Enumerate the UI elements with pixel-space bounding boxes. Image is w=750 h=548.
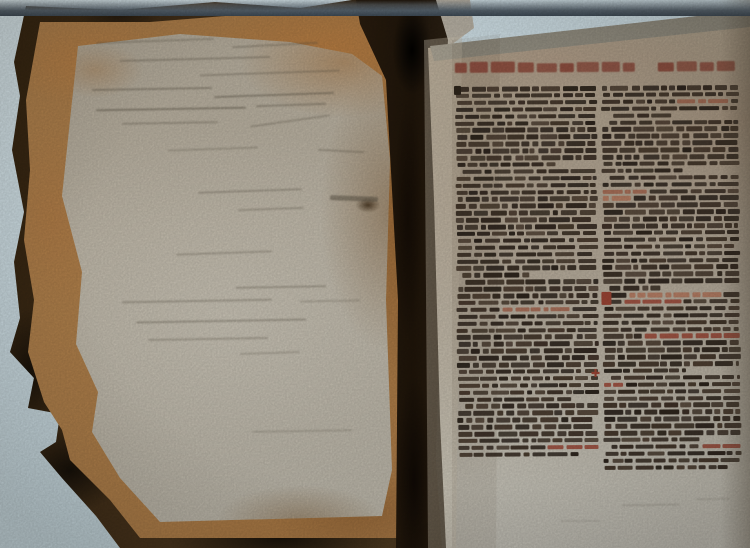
text-line [458,355,598,361]
word-mark [602,203,613,208]
word-mark [718,92,724,97]
word-mark [731,430,740,435]
word-mark [604,396,614,401]
word-mark [664,403,677,408]
word-mark [661,354,681,359]
word-mark [484,287,501,292]
word-mark [648,355,659,360]
word-mark [458,239,471,244]
word-mark [683,209,695,214]
word-mark [530,445,545,450]
text-line [459,397,571,402]
word-mark [604,272,623,277]
word-mark [474,452,484,457]
word-mark [531,355,542,360]
word-mark [483,183,492,188]
word-mark [512,418,520,423]
word-mark [472,128,490,133]
text-line [604,389,740,395]
word-mark [659,217,668,222]
word-mark [693,147,710,152]
word-mark [649,258,666,263]
handwriting-layer [0,0,750,548]
text-line [604,416,740,422]
word-mark [577,410,598,415]
word-mark [649,272,661,277]
word-mark [611,376,621,381]
word-mark [649,196,656,201]
word-mark [706,396,721,401]
word-mark [477,232,490,237]
word-mark [685,244,691,249]
word-mark [681,334,692,339]
word-mark [542,397,555,402]
word-mark [663,251,683,256]
word-mark [643,155,660,160]
word-mark [684,361,690,366]
word-mark [663,320,673,325]
word-mark [625,410,631,415]
word-mark [682,134,690,139]
word-mark [561,404,574,409]
word-mark [568,293,573,298]
word-mark [603,231,611,236]
word-mark [721,458,740,463]
word-mark [507,266,519,271]
word-mark [633,368,653,373]
word-mark [484,273,503,278]
word-mark [707,451,725,456]
word-mark [694,299,707,304]
word-mark [659,334,679,339]
word-mark [482,363,496,368]
text-line [603,278,739,284]
word-mark [706,237,727,242]
text-line [455,120,595,126]
text-line [603,340,739,346]
word-mark [632,320,650,325]
word-mark [475,418,485,423]
word-mark [648,237,656,242]
word-mark [456,94,470,99]
word-mark [700,354,716,359]
word-mark [525,286,533,291]
word-mark [659,196,678,201]
word-mark [709,313,722,318]
word-mark [633,155,639,160]
word-mark [650,327,669,332]
word-mark [493,397,502,402]
word-mark [508,135,524,140]
text-line [457,100,597,106]
word-mark [459,314,478,319]
heading-word [700,62,714,72]
word-mark [661,147,680,152]
word-mark [499,252,513,257]
word-mark [528,328,546,333]
word-mark [522,149,528,154]
word-mark [661,223,668,228]
handwriting-mark [176,250,272,256]
word-mark [583,231,597,236]
word-mark [680,403,690,408]
handwriting-mark [240,351,300,355]
word-mark [531,93,552,98]
word-mark [576,107,582,112]
word-mark [518,245,528,250]
word-mark [519,211,528,216]
word-mark [604,162,613,167]
word-mark [469,190,478,195]
text-line [457,348,597,354]
word-mark [636,230,652,235]
word-mark [566,203,587,208]
word-mark [669,189,688,194]
word-mark [644,182,653,187]
word-mark [651,403,661,408]
word-mark [499,363,508,368]
text-line [457,417,597,423]
word-mark [659,92,669,97]
heading-word [677,61,697,72]
word-mark [494,94,500,99]
word-mark [503,93,512,98]
word-mark [567,265,576,270]
text-line [603,126,739,132]
word-mark [604,244,622,249]
word-mark [480,114,489,119]
word-mark [455,114,463,119]
word-mark [504,335,523,340]
word-mark [563,93,573,98]
word-mark [671,437,677,442]
word-mark [592,293,598,298]
word-mark [583,155,596,160]
word-mark [465,280,485,285]
word-mark [572,121,583,126]
word-mark [499,314,509,319]
text-line [456,93,596,99]
text-line [605,451,741,457]
word-mark [473,342,478,347]
word-mark [711,333,721,338]
word-mark [637,134,650,139]
word-mark [480,259,499,264]
text-line [458,300,598,306]
text-line [601,168,683,173]
word-mark [517,328,525,333]
word-mark [603,148,618,153]
word-mark [702,389,721,394]
word-mark [604,410,623,415]
word-mark [473,390,488,395]
word-mark [472,328,488,333]
word-mark [726,92,739,97]
word-mark [662,154,670,159]
word-mark [628,175,639,180]
word-mark [458,197,463,202]
word-mark [673,327,685,332]
text-line [458,410,598,416]
word-mark [465,404,473,409]
word-mark [713,147,726,152]
word-mark [515,121,528,126]
word-mark [457,328,469,333]
word-mark [538,204,554,209]
word-mark [518,411,530,416]
word-mark [652,134,660,139]
word-mark [538,300,543,305]
word-mark [624,375,645,380]
word-mark [519,431,538,436]
word-mark [715,85,727,90]
word-mark [640,161,655,166]
word-mark [572,196,587,201]
word-mark [587,127,596,132]
word-mark [573,307,597,312]
text-line [604,409,740,415]
word-mark [656,382,667,387]
word-mark [724,120,732,125]
word-mark [522,321,533,326]
word-mark [710,299,727,304]
word-mark [529,114,536,119]
word-mark [639,362,659,367]
word-mark [456,156,468,161]
word-mark [540,128,553,133]
word-mark [641,431,654,436]
word-mark [642,437,650,442]
word-mark [667,210,680,215]
word-mark [604,403,617,408]
word-mark [585,321,591,326]
word-mark [651,389,666,394]
word-mark [655,244,660,249]
rubric-initial-red [601,292,611,305]
word-mark [618,362,636,367]
word-mark [471,308,486,313]
word-mark [724,251,740,256]
word-mark [655,465,661,470]
word-mark [510,390,523,395]
handwriting-mark [252,429,352,433]
word-mark [736,361,739,366]
word-mark [602,86,608,91]
word-mark [560,293,566,298]
word-mark [562,286,572,291]
text-line [456,189,596,195]
word-mark [688,389,699,394]
word-mark [527,259,540,264]
word-mark [731,99,738,104]
word-mark [465,225,478,230]
word-mark [699,458,719,463]
word-mark [531,307,541,312]
word-mark [643,251,660,256]
word-mark [641,175,655,180]
word-mark [729,347,741,352]
heading-word [717,61,735,72]
word-mark [583,107,596,112]
word-mark [456,142,466,147]
word-mark [558,314,565,319]
word-mark [522,190,536,195]
heading-word [658,62,674,72]
word-mark [698,99,706,104]
word-mark [734,119,739,124]
word-mark [458,377,479,382]
word-mark [491,211,507,216]
word-mark [591,189,596,194]
word-mark [520,383,528,388]
word-mark [707,223,722,228]
word-mark [566,445,582,450]
word-mark [576,369,582,374]
word-mark [520,356,529,361]
word-mark [705,189,726,194]
word-mark [682,140,690,145]
word-mark [613,113,634,118]
word-mark [623,369,629,374]
text-line [602,202,738,208]
word-mark [663,465,673,470]
word-mark [544,424,556,429]
word-mark [535,286,547,291]
word-mark [558,424,571,429]
word-mark [685,278,704,283]
word-mark [494,107,511,112]
word-mark [722,327,730,332]
word-mark [458,301,475,306]
word-mark [489,328,494,333]
word-mark [630,424,650,429]
text-line [456,86,596,92]
word-mark [496,445,509,450]
word-mark [604,369,622,374]
word-mark [513,162,530,167]
word-mark [547,362,564,367]
text-line [604,430,740,436]
word-mark [481,342,491,347]
text-line [459,341,599,347]
word-mark [623,99,633,104]
word-mark [705,278,722,283]
word-mark [459,453,472,458]
word-mark [537,314,557,319]
word-mark [692,361,713,366]
word-mark [576,334,582,339]
word-mark [610,120,618,125]
word-mark [620,451,627,456]
word-mark [671,265,691,270]
word-mark [613,93,623,98]
word-mark [603,217,616,222]
text-line [462,273,535,278]
word-mark [638,306,650,311]
word-mark [639,148,658,153]
word-mark [717,182,738,187]
book-photograph: ✚ [0,0,750,548]
word-mark [678,458,689,463]
word-mark [486,370,494,375]
text-line [603,147,739,153]
word-mark [593,176,597,181]
word-mark [705,127,718,132]
word-mark [644,141,653,146]
word-mark [521,142,529,147]
word-mark [676,396,684,401]
word-mark [618,169,624,174]
text-line [459,314,599,320]
word-mark [667,389,673,394]
word-mark [725,313,740,318]
word-mark [458,370,467,375]
word-mark [585,390,599,395]
word-mark [525,107,542,112]
word-mark [568,183,589,188]
text-line [456,210,596,216]
word-mark [710,133,721,138]
word-mark [500,383,518,388]
text-line [456,265,596,271]
word-mark [683,347,692,352]
word-mark [536,183,547,188]
word-mark [573,341,592,346]
text-line [604,382,740,388]
word-mark [617,396,637,401]
word-mark [668,258,687,263]
text-line [602,133,738,139]
word-mark [532,452,546,457]
word-mark [723,133,738,138]
word-mark [728,306,740,311]
word-mark [545,355,559,360]
word-mark [614,224,630,229]
word-mark [636,141,643,146]
word-mark [603,127,608,132]
left-cover-board [0,0,750,548]
word-mark [618,465,633,470]
word-mark [458,356,477,361]
word-mark [540,417,558,422]
word-mark [707,251,723,256]
word-mark [541,86,560,91]
word-mark [632,86,640,91]
word-mark [603,341,616,346]
word-mark [528,100,548,105]
word-mark [505,142,519,147]
word-mark [699,251,706,256]
word-mark [545,376,550,381]
word-mark [471,446,483,451]
word-mark [632,258,637,263]
word-mark [626,348,646,353]
text-line [457,327,597,333]
word-mark [605,424,612,429]
text-line [602,320,738,326]
word-mark [558,134,570,139]
handwriting-mark [330,195,378,202]
word-mark [506,342,513,347]
word-mark [719,354,741,359]
word-mark [459,446,470,451]
word-mark [602,134,611,139]
word-mark [707,154,724,159]
word-mark [576,293,590,298]
word-mark [579,210,596,215]
word-mark [548,445,564,450]
word-mark [530,349,540,354]
